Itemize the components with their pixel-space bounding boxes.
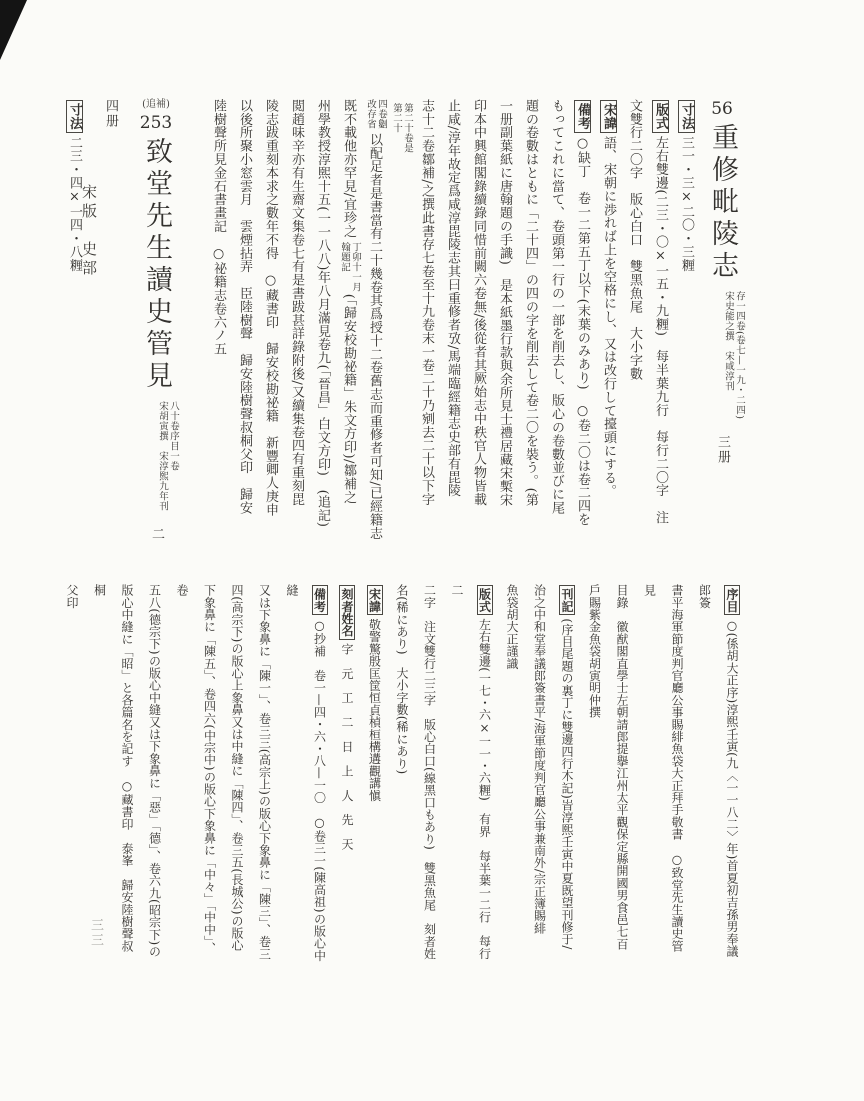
entry-56: 56重修毗陵志存一四卷(卷七—一九・二四)宋史能之撰 宋咸淳刊三册 寸法三一・三… <box>205 99 745 551</box>
entry56-title-note: 存一四卷(卷七—一九・二四)宋史能之撰 宋咸淳刊 <box>723 291 745 419</box>
e253-col-12: 備考○抄補 卷一—四・六・八—一〇 ○卷三一(陳高祖)の版心中縫 <box>278 584 333 962</box>
e253-col-14: 四(高宗下)の版心上象鼻又は中縫に「陳四」、卷三五(長城公)の版心 <box>223 584 251 962</box>
entry56-title-column: 56重修毗陵志存一四卷(卷七—一九・二四)宋史能之撰 宋咸淳刊三册 <box>699 99 745 551</box>
e253-col-11: 刻者姓名字 元 工 二 日 上 人 先 天 <box>333 584 361 962</box>
e253-col-18: 父印 <box>58 584 86 962</box>
e253-col-3: 戶賜紫金魚袋胡寅明仲撰 <box>580 584 608 962</box>
label-hanshiki: 版式 <box>477 585 493 615</box>
e56-col-6: 題の卷數はともに「二十四」の四の字を削去して卷二〇を裝う。(第 <box>517 99 543 551</box>
e56-col-14: 閲趙味辛亦有生齋文集卷七有是書跋甚詳錄附後/又續集卷四有重刻毘 <box>283 99 309 551</box>
e56-col-2: 文雙行二〇字 版心白口 雙黑魚尾 大小字數 <box>621 99 647 551</box>
e56-col-0: 寸法三一・三×二〇・三糎 <box>673 99 699 551</box>
e253-col-8: 二字 注文雙行二三字 版心白口(線黑口もあり) 雙黑魚尾 刻者姓 <box>415 584 443 962</box>
e56-col-12: 既不載他亦罕見/宜珍之丁卯十一月翰題記(「歸安校勘祕籍」朱文方印)/鄒補之 <box>335 99 361 551</box>
label-hanshiki: 版式 <box>652 100 669 133</box>
e253-col-17: 版心中縫に「昭」と各篇名を記す ○藏書印 泰峯 歸安陸樹聲叔桐 <box>85 584 140 962</box>
e56-col-9: 止咸/淳年故定爲咸淳毘陵志其曰重修者攷/馬端臨經籍志史部有毘陵 <box>439 99 465 551</box>
e253-col-9: 名(稀にあり) 大小字數(稀にあり) <box>388 584 416 962</box>
interlinear-note: 第二十卷是第二十 <box>391 103 413 157</box>
label-soki: 宋諱 <box>367 585 383 615</box>
upper-text-block: 56重修毗陵志存一四卷(卷七—一九・二四)宋史能之撰 宋咸淳刊三册 寸法三一・三… <box>61 99 745 551</box>
e56-col-17: 陸樹聲所見金石書畫記 ○祕籍志卷六ノ五 <box>205 99 231 551</box>
entry56-title: 重修毗陵志 <box>707 123 738 283</box>
entry253-supplement-mark: (追補) <box>142 99 170 111</box>
e253-col-6: 魚袋胡大正謹識 <box>498 584 526 962</box>
e253-col-2: 目錄 徽猷閣直學士左朝請郎提擧江州太平觀保定縣開國男食邑七百 <box>608 584 636 962</box>
e253-col-0: 序目○(係胡大正序)淳煕壬寅(九〈一一八二〉年)首夏初吉孫男奉議郎簽 <box>690 584 745 962</box>
e253-col-15: 下象鼻に「陳五」、卷四六(中宗中)の版心下象鼻に「中々」「中中」、卷 <box>168 584 223 962</box>
label-jomoku: 序目 <box>724 585 740 615</box>
label-sunpo: 寸法 <box>66 100 83 133</box>
e56-col-15: 陵志跋重刻本求之數年不得 ○藏書印 歸安校勘祕籍 新豐卿人庚申 <box>257 99 283 551</box>
entry56-volumes: 三册 <box>715 435 730 465</box>
e253-col-7: 版式左右雙邊(一七・六×一一・六糎) 有界 每半葉一二行 每行二 <box>443 584 498 962</box>
entry253-title: 致堂先生讀史管見 <box>141 137 172 393</box>
e56-col-16: 以後所聚小窓雲月 雲煙拈弄 臣陸樹聲 歸安陸樹聲叔桐父印 歸安 <box>231 99 257 551</box>
e253-col-16: 五八(德宗下)の版心中縫又は下象鼻に「惡」「德」、卷六九(昭宗下)の <box>140 584 168 962</box>
e253-col-1: 書平海軍節度判官廳公事賜緋魚袋大正拜手敬書 ○致堂先生讀史管見 <box>635 584 690 962</box>
e56-col-5: もってこれに當て、卷頭第一行の一部を削去し、版心の卷數並びに尾 <box>543 99 569 551</box>
lower-text-block: 序目○(係胡大正序)淳煕壬寅(九〈一一八二〉年)首夏初吉孫男奉議郎簽 書平海軍節… <box>58 584 746 962</box>
e253-col-5: 治之中和堂奉議郎簽書平/海軍節度判官廳公事兼南外/宗正簿賜緋 <box>525 584 553 962</box>
e56-col-10: 志十二卷鄒補/之撰此書存七卷至十九卷末一卷二十乃剜去二十以下字第二十卷是第二十 <box>387 99 439 551</box>
e253-col-10: 宋諱敬警驚殷匡筐恒貞楨桓構遘觀講愼 <box>360 584 388 962</box>
e253-col-13: 又は下象鼻に「陳一」、卷三三(高宗上)の版心下象鼻に「陳三」、卷三 <box>250 584 278 962</box>
scanned-page: 宋版 史部 56重修毗陵志存一四卷(卷七—一九・二四)宋史能之撰 宋咸淳刊三册 … <box>0 0 864 1101</box>
e56-col-4: 備考○缺丁 卷一二第五丁以下(末葉のみあり) ○卷二〇は卷二四を <box>569 99 595 551</box>
interlinear-note: 四卷劖改存省 <box>365 99 387 133</box>
e253-dim-column: 寸法二三・四×一四・八糎 <box>61 99 87 551</box>
entry253-title-note: 八十卷序目一卷宋胡寅撰 宋淳煕九年刊 <box>157 401 179 511</box>
e56-col-1: 版式左右雙邊(二三・〇×一五・九糎) 每半葉九行 每行二〇字 注 <box>647 99 673 551</box>
label-carver-names: 刻者姓名 <box>339 585 355 640</box>
e56-col-8: 印本中興館閣錄續錄同惜前闕六卷無/後從者其厥始志中秩官人物皆載 <box>465 99 491 551</box>
label-biko: 備考 <box>574 100 591 133</box>
entry253-number: 253 <box>140 113 172 133</box>
scan-corner-artifact <box>0 0 27 60</box>
e56-col-7: 一册副葉紙に唐翰題の手識) 是本紙墨行款與余所見士禮居藏宋槧宋 <box>491 99 517 551</box>
entry-253-heading: (追補)253致堂先生讀史管見八十卷序目一卷宋胡寅撰 宋淳煕九年刊二四册 寸法二… <box>61 99 179 551</box>
entry253-title-column: (追補)253致堂先生讀史管見八十卷序目一卷宋胡寅撰 宋淳煕九年刊二四册 <box>87 99 179 551</box>
entry-253-body: 序目○(係胡大正序)淳煕壬寅(九〈一一八二〉年)首夏初吉孫男奉議郎簽 書平海軍節… <box>58 584 746 962</box>
e56-col-11: 四卷劖改存省以配足者是書當有二十幾卷其爲授十二卷舊志而重修者可知/已經籍志 <box>361 99 387 551</box>
e56-col-13: 州學教授淳煕十五(一一八八)年八月滿見卷九(「晉昌」白文方印) (追記) <box>309 99 335 551</box>
interlinear-note: 丁卯十一月翰題記 <box>339 242 361 294</box>
label-soki: 宋諱 <box>600 100 617 133</box>
folio-number: 三三 <box>86 918 105 948</box>
e56-col-3: 宋諱語、宋朝に渉れば上を空格にし、又は改行して擡頭にする。 <box>595 99 621 551</box>
label-biko: 備考 <box>312 585 328 615</box>
label-sunpo: 寸法 <box>678 100 695 133</box>
entry56-number: 56 <box>711 99 733 119</box>
e253-col-4: 刊記(序目尾題の裏丁に雙邊四行木記)峕淳煕壬寅中夏既望刊修于/ <box>553 584 581 962</box>
label-kanki: 刊記 <box>559 585 575 615</box>
